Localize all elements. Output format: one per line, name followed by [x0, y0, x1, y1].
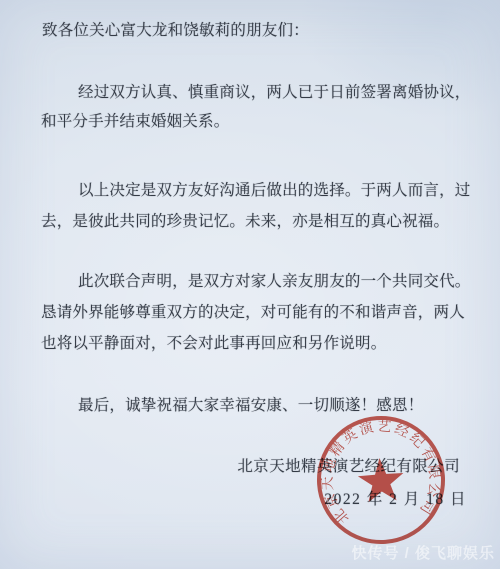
paragraph-statement: 此次联合声明，是双方对家人亲友朋友的一个共同交代。 恳请外界能够尊重双方的决定，…: [41, 266, 471, 359]
paragraph-line: 去，是彼此共同的珍贵记忆。未来，亦是相互的真心祝福。: [41, 206, 471, 237]
letter-page: 致各位关心富大龙和饶敏莉的朋友们： 经过双方认真、慎重商议，两人已于日前签署离婚…: [0, 0, 500, 569]
paragraph-decision: 以上决定是双方友好沟通后做出的选择。于两人而言，过 去，是彼此共同的珍贵记忆。未…: [41, 175, 471, 237]
paragraph-line: 经过双方认真、慎重商议，两人已于日前签署离婚协议，: [41, 78, 471, 107]
paragraph-line: 以上决定是双方友好沟通后做出的选择。于两人而言，过: [41, 175, 471, 206]
paragraph-line: 也将以平静面对，不会对此事再回应和另作说明。: [41, 328, 471, 359]
paragraph-line: 此次联合声明，是双方对家人亲友朋友的一个共同交代。: [41, 266, 471, 297]
salutation: 致各位关心富大龙和饶敏莉的朋友们：: [42, 16, 309, 45]
seal-star-icon: [357, 456, 406, 502]
paragraph-line: 和平分手并结束婚姻关系。: [41, 107, 471, 136]
company-seal: 北京天地精英演艺经纪有限公司: [296, 395, 467, 566]
paragraph-line: 恳请外界能够尊重双方的决定，对可能有的不和谐声音，两人: [41, 297, 471, 328]
watermark: 快传号 / 俊飞聊娱乐: [351, 542, 495, 563]
paragraph-agreement: 经过双方认真、慎重商议，两人已于日前签署离婚协议， 和平分手并结束婚姻关系。: [41, 78, 471, 136]
